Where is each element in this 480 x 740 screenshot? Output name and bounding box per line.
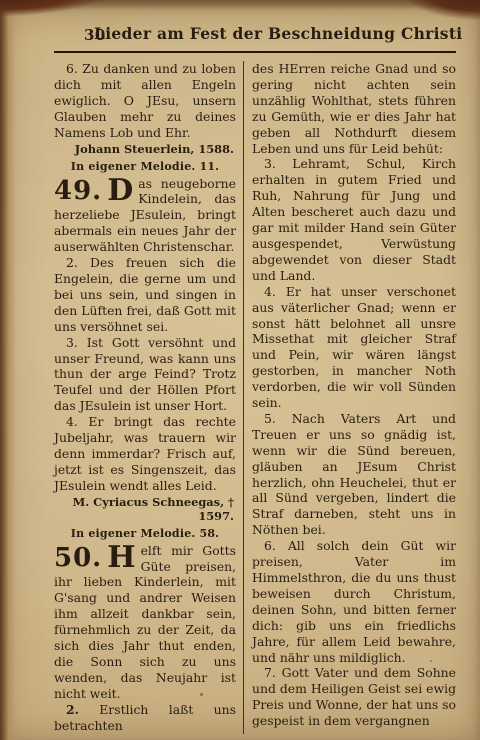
verse: 3. Lehramt, Schul, Kirch erhalten in gut… xyxy=(252,156,456,283)
dropcap-letter: D xyxy=(107,177,133,205)
hymn-number: 49. xyxy=(54,177,102,205)
verse: 6. All solch dein Güt wir preisen, Vater… xyxy=(252,538,456,665)
verse-text: Erstlich laßt uns betrachten xyxy=(54,702,236,733)
verse: 2. Des freuen sich die Engelein, die ger… xyxy=(54,255,236,335)
page-title: Lieder am Fest der Beschneidung Christi xyxy=(54,24,456,43)
page-content: 30 Lieder am Fest der Beschneidung Chris… xyxy=(0,0,480,734)
verse-start: 2. Erstlich laßt uns betrachten xyxy=(54,702,236,734)
running-header: 30 Lieder am Fest der Beschneidung Chris… xyxy=(54,24,456,48)
hymn-50-opening: 50. H elft mir Gotts Güte preisen, ihr l… xyxy=(54,543,236,702)
page-number: 30 xyxy=(84,26,106,44)
hymnal-page: 30 Lieder am Fest der Beschneidung Chris… xyxy=(0,0,480,740)
dropcap-letter: H xyxy=(107,544,135,572)
author-attribution: Johann Steuerlein, 1588. xyxy=(54,142,234,156)
right-column: des HErren reiche Gnad und so gering nic… xyxy=(243,61,456,734)
verse: 5. Nach Vaters Art und Treuen er uns so … xyxy=(252,411,456,538)
verse: 4. Er bringt das rechte Jubeljahr, was t… xyxy=(54,414,236,494)
verse: 4. Er hat unser verschonet aus väterlich… xyxy=(252,284,456,411)
verse: 3. Ist Gott versöhnt und unser Freund, w… xyxy=(54,335,236,415)
header-rule xyxy=(54,51,456,53)
verse: 7. Gott Vater und dem Sohne und dem Heil… xyxy=(252,665,456,729)
left-column: 6. Zu danken und zu loben dich mit allen… xyxy=(54,61,243,734)
hymn-49-opening: 49. D as neugeborne Kindelein, das herze… xyxy=(54,176,236,256)
verse-number: 2. xyxy=(66,702,79,717)
author-attribution: M. Cyriacus Schneegas, † 1597. xyxy=(54,495,234,523)
hymn-50-numbering: 50. H xyxy=(54,544,136,572)
verse: 6. Zu danken und zu loben dich mit allen… xyxy=(54,61,236,141)
two-column-text: 6. Zu danken und zu loben dich mit allen… xyxy=(54,61,456,734)
hymn-number: 50. xyxy=(54,544,102,572)
hymn-49-numbering: 49. D xyxy=(54,177,133,205)
verse-continuation: des HErren reiche Gnad und so gering nic… xyxy=(252,61,456,156)
melody-heading: In eigener Melodie. 11. xyxy=(54,160,236,173)
melody-heading: In eigener Melodie. 58. xyxy=(54,527,236,540)
